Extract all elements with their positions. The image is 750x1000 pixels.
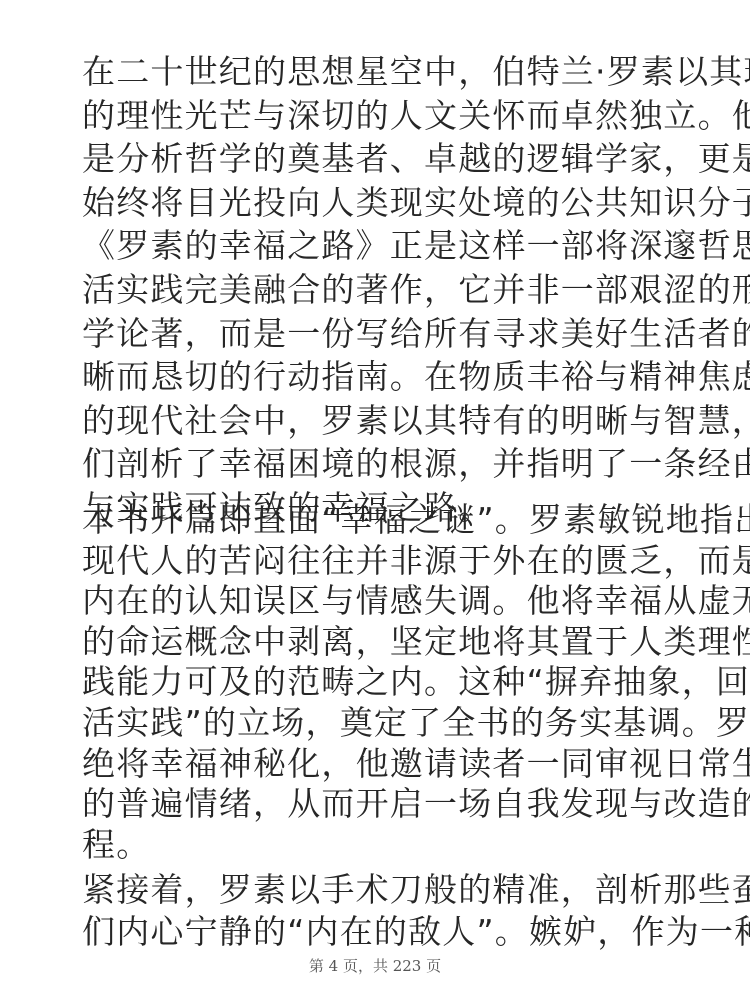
text-line: 绝将幸福神秘化，他邀请读者一同审视日常生活中 bbox=[82, 744, 682, 785]
text-line: 的理性光芒与深切的人文关怀而卓然独立。他不仅 bbox=[82, 94, 682, 138]
text-line: 是分析哲学的奠基者、卓越的逻辑学家，更是一位 bbox=[82, 137, 682, 181]
paragraph-inner-enemies: 紧接着，罗素以手术刀般的精准，剖析那些蚕食我 们内心宁静的“内在的敌人”。嫉妒，… bbox=[82, 869, 682, 953]
paragraph-intro: 在二十世纪的思想星空中，伯特兰·罗素以其璀璨 的理性光芒与深切的人文关怀而卓然独… bbox=[82, 50, 682, 530]
text-line: 紧接着，罗素以手术刀般的精准，剖析那些蚕食我 bbox=[82, 869, 682, 911]
page-indicator: 第 4 页，共 223 页 bbox=[0, 956, 750, 976]
text-line: 现代人的苦闷往往并非源于外在的匮乏，而是源于 bbox=[82, 541, 682, 582]
text-line: 《罗素的幸福之路》正是这样一部将深邃哲思与生 bbox=[82, 224, 682, 268]
text-line: 程。 bbox=[82, 825, 682, 866]
document-page: 在二十世纪的思想星空中，伯特兰·罗素以其璀璨 的理性光芒与深切的人文关怀而卓然独… bbox=[0, 0, 750, 1000]
text-line: 的命运概念中剥离，坚定地将其置于人类理性与实 bbox=[82, 622, 682, 663]
text-line: 践能力可及的范畴之内。这种“摒弃抽象，回归生 bbox=[82, 662, 682, 703]
text-line: 晰而恳切的行动指南。在物质丰裕与精神焦虑并存 bbox=[82, 355, 682, 399]
text-line: 始终将目光投向人类现实处境的公共知识分子。 bbox=[82, 181, 682, 225]
text-line: 本书开篇即直面“幸福之谜”。罗素敏锐地指出， bbox=[82, 500, 682, 541]
text-line: 学论著，而是一份写给所有寻求美好生活者的、清 bbox=[82, 312, 682, 356]
text-line: 的普遍情绪，从而开启一场自我发现与改造的旅 bbox=[82, 784, 682, 825]
text-line: 活实践完美融合的著作，它并非一部艰涩的形而上 bbox=[82, 268, 682, 312]
text-line: 内在的认知误区与情感失调。他将幸福从虚无缥缈 bbox=[82, 581, 682, 622]
text-line: 的现代社会中，罗素以其特有的明晰与智慧，为我 bbox=[82, 399, 682, 443]
text-line: 在二十世纪的思想星空中，伯特兰·罗素以其璀璨 bbox=[82, 50, 682, 94]
paragraph-happiness-riddle: 本书开篇即直面“幸福之谜”。罗素敏锐地指出， 现代人的苦闷往往并非源于外在的匮乏… bbox=[82, 500, 682, 865]
text-line: 活实践”的立场，奠定了全书的务实基调。罗素拒 bbox=[82, 703, 682, 744]
text-line: 们剖析了幸福困境的根源，并指明了一条经由理性 bbox=[82, 442, 682, 486]
text-line: 们内心宁静的“内在的敌人”。嫉妒，作为一种比 bbox=[82, 911, 682, 953]
